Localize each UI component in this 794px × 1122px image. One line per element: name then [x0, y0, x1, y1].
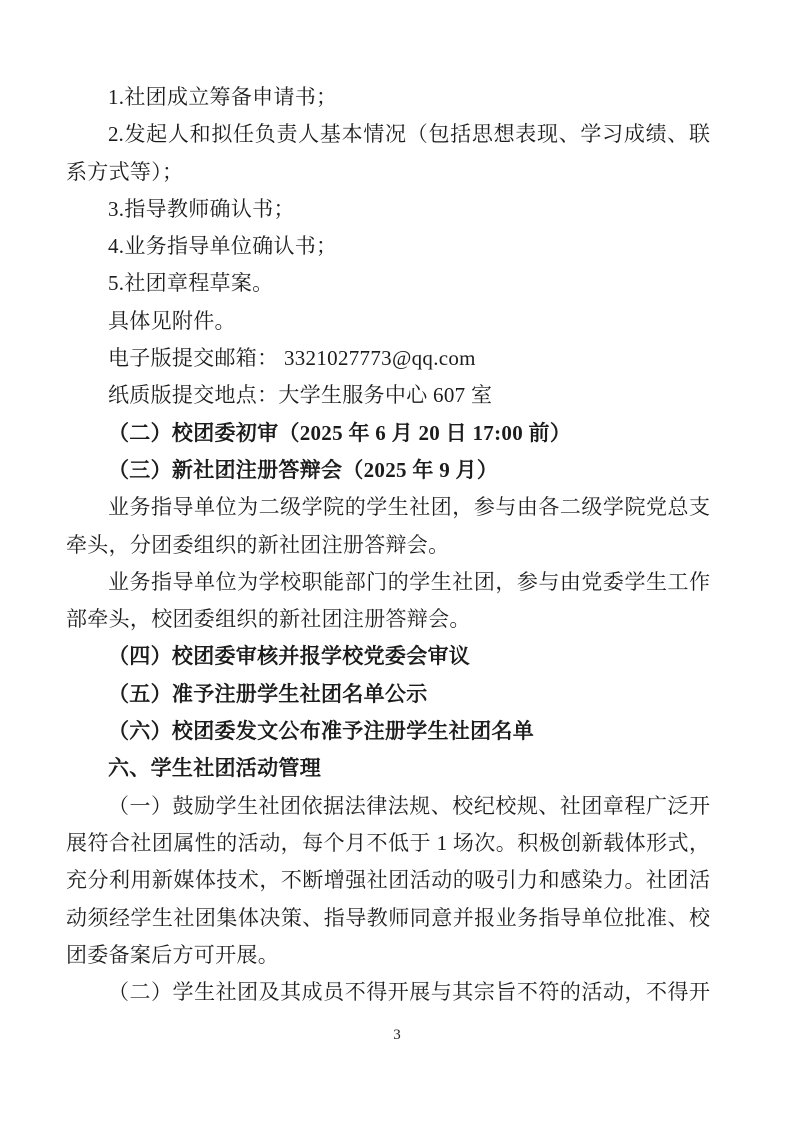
paragraph-department-clubs-line-1: 业务指导单位为学校职能部门的学生社团，参与由党委学生工作 [66, 564, 710, 601]
paper-submission-line: 纸质版提交地点：大学生服务中心 607 室 [66, 377, 710, 414]
list-item-4: 4.业务指导单位确认书； [66, 228, 710, 265]
paragraph-activity-rules-1-line-1: （一）鼓励学生社团依据法律法规、校纪校规、社团章程广泛开 [66, 788, 710, 825]
document-body: 1.社团成立筹备申请书； 2.发起人和拟任负责人基本情况（包括思想表现、学习成绩… [66, 79, 710, 1011]
heading-chapter-6-activity-management: 六、学生社团活动管理 [66, 750, 710, 787]
heading-section-4-committee-review: （四）校团委审核并报学校党委会审议 [66, 638, 710, 675]
paragraph-activity-rules-1-line-2: 展符合社团属性的活动，每个月不低于 1 场次。积极创新载体形式， [66, 825, 710, 862]
heading-section-6-announcement: （六）校团委发文公布准予注册学生社团名单 [66, 713, 710, 750]
heading-section-3-defense-meeting: （三）新社团注册答辩会（2025 年 9 月） [66, 452, 710, 489]
paragraph-activity-rules-1-line-4: 动须经学生社团集体决策、指导教师同意并报业务指导单位批准、校 [66, 900, 710, 937]
list-item-5: 5.社团章程草案。 [66, 265, 710, 302]
note-see-attachment: 具体见附件。 [66, 303, 710, 340]
document-page: 1.社团成立筹备申请书； 2.发起人和拟任负责人基本情况（包括思想表现、学习成绩… [0, 0, 794, 1122]
list-item-2-line-1: 2.发起人和拟任负责人基本情况（包括思想表现、学习成绩、联 [66, 116, 710, 153]
list-item-2-line-2: 系方式等）； [66, 154, 710, 191]
paragraph-college-clubs-line-2: 牵头，分团委组织的新社团注册答辩会。 [66, 527, 710, 564]
paragraph-department-clubs-line-2: 部牵头，校团委组织的新社团注册答辩会。 [66, 601, 710, 638]
email-submission-line: 电子版提交邮箱： 3321027773@qq.com [66, 340, 710, 377]
list-item-1: 1.社团成立筹备申请书； [66, 79, 710, 116]
paragraph-college-clubs-line-1: 业务指导单位为二级学院的学生社团，参与由各二级学院党总支 [66, 489, 710, 526]
paragraph-activity-rules-2-line-1: （二）学生社团及其成员不得开展与其宗旨不符的活动，不得开 [66, 974, 710, 1011]
heading-section-5-public-notice: （五）准予注册学生社团名单公示 [66, 676, 710, 713]
page-number: 3 [0, 1024, 794, 1046]
paragraph-activity-rules-1-line-3: 充分利用新媒体技术，不断增强社团活动的吸引力和感染力。社团活 [66, 862, 710, 899]
paragraph-activity-rules-1-line-5: 团委备案后方可开展。 [66, 937, 710, 974]
list-item-3: 3.指导教师确认书； [66, 191, 710, 228]
heading-section-2-initial-review: （二）校团委初审（2025 年 6 月 20 日 17:00 前） [66, 415, 710, 452]
